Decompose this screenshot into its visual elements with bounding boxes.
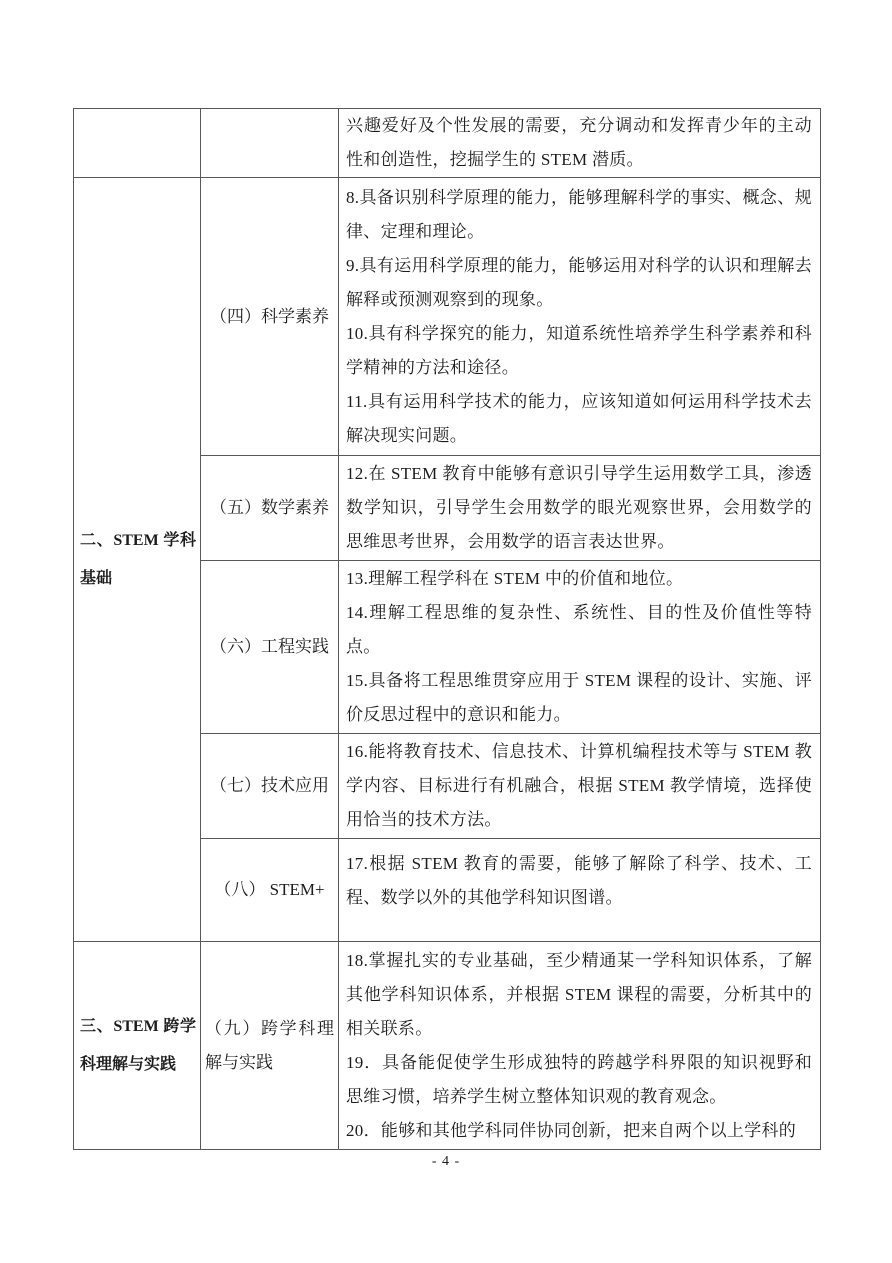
competency-table: 兴趣爱好及个性发展的需要，充分调动和发挥青少年的主动性和创造性，挖掘学生的 ST… (73, 108, 821, 1150)
section-2-label: 二、STEM 学科基础 (80, 532, 196, 587)
competency-item-11: 11.具有运用科学技术的能力，应该知道如何运用科学技术去解决现实问题。 (346, 385, 812, 453)
competency-item-15: 15.具备将工程思维贯穿应用于 STEM 课程的设计、实施、评价反思过程中的意识… (346, 664, 812, 732)
competency-item-continuation: 兴趣爱好及个性发展的需要，充分调动和发挥青少年的主动性和创造性，挖掘学生的 ST… (346, 109, 812, 177)
category-label: （六）工程实践 (210, 637, 329, 656)
table-row: 二、STEM 学科基础 （四）科学素养 8.具备识别科学原理的能力，能够理解科学… (74, 178, 821, 456)
content-cell-science-literacy: 8.具备识别科学原理的能力，能够理解科学的事实、概念、规律、定理和理论。 9.具… (339, 178, 821, 456)
continuation-cell: 兴趣爱好及个性发展的需要，充分调动和发挥青少年的主动性和创造性，挖掘学生的 ST… (339, 109, 821, 178)
empty-category-cell (201, 109, 339, 178)
category-cell-technology-application: （七）技术应用 (201, 734, 339, 839)
competency-item-20: 20．能够和其他学科同伴协同创新，把来自两个以上学科的 (346, 1114, 812, 1148)
competency-item-19: 19．具备能促使学生形成独特的跨越学科界限的知识视野和思维习惯，培养学生树立整体… (346, 1046, 812, 1114)
competency-item-18: 18.掌握扎实的专业基础，至少精通某一学科知识体系，了解其他学科知识体系，并根据… (346, 944, 812, 1046)
category-label: （四）科学素养 (210, 307, 329, 326)
competency-item-17: 17.根据 STEM 教育的需要，能够了解除了科学、技术、工程、数学以外的其他学… (346, 847, 812, 915)
table-row: 三、STEM 跨学科理解与实践 （九）跨学科理解与实践 18.掌握扎实的专业基础… (74, 942, 821, 1150)
table-row: 兴趣爱好及个性发展的需要，充分调动和发挥青少年的主动性和创造性，挖掘学生的 ST… (74, 109, 821, 178)
content-cell-engineering-practice: 13.理解工程学科在 STEM 中的价值和地位。 14.理解工程思维的复杂性、系… (339, 561, 821, 734)
category-cell-engineering-practice: （六）工程实践 (201, 561, 339, 734)
content-cell-stem-plus: 17.根据 STEM 教育的需要，能够了解除了科学、技术、工程、数学以外的其他学… (339, 839, 821, 942)
category-label: （七）技术应用 (210, 776, 329, 795)
category-cell-math-literacy: （五）数学素养 (201, 456, 339, 561)
section-3-label: 三、STEM 跨学科理解与实践 (80, 1018, 196, 1073)
competency-item-9: 9.具有运用科学原理的能力，能够运用对科学的认识和理解去解释或预测观察到的现象。 (346, 249, 812, 317)
section-3-cell: 三、STEM 跨学科理解与实践 (74, 942, 201, 1150)
page-number: - 4 - (0, 1152, 892, 1172)
competency-item-16: 16.能将教育技术、信息技术、计算机编程技术等与 STEM 教学内容、目标进行有… (346, 735, 812, 837)
competency-item-8: 8.具备识别科学原理的能力，能够理解科学的事实、概念、规律、定理和理论。 (346, 181, 812, 249)
empty-section-cell (74, 109, 201, 178)
content-cell-technology-application: 16.能将教育技术、信息技术、计算机编程技术等与 STEM 教学内容、目标进行有… (339, 734, 821, 839)
competency-item-14: 14.理解工程思维的复杂性、系统性、目的性及价值性等特点。 (346, 596, 812, 664)
competency-item-12: 12.在 STEM 教育中能够有意识引导学生运用数学工具，渗透数学知识，引导学生… (346, 457, 812, 559)
section-2-cell: 二、STEM 学科基础 (74, 178, 201, 942)
category-cell-science-literacy: （四）科学素养 (201, 178, 339, 456)
category-cell-stem-plus: （八） STEM+ (201, 839, 339, 942)
document-page: 兴趣爱好及个性发展的需要，充分调动和发挥青少年的主动性和创造性，挖掘学生的 ST… (0, 0, 892, 1263)
competency-item-13: 13.理解工程学科在 STEM 中的价值和地位。 (346, 562, 812, 596)
content-cell-interdisciplinary: 18.掌握扎实的专业基础，至少精通某一学科知识体系，了解其他学科知识体系，并根据… (339, 942, 821, 1150)
category-cell-interdisciplinary: （九）跨学科理解与实践 (201, 942, 339, 1150)
category-label: （八） STEM+ (214, 880, 324, 899)
category-label: （九）跨学科理解与实践 (205, 1019, 334, 1072)
category-label: （五）数学素养 (210, 498, 329, 517)
competency-item-10: 10.具有科学探究的能力，知道系统性培养学生科学素养和科学精神的方法和途径。 (346, 317, 812, 385)
content-cell-math-literacy: 12.在 STEM 教育中能够有意识引导学生运用数学工具，渗透数学知识，引导学生… (339, 456, 821, 561)
